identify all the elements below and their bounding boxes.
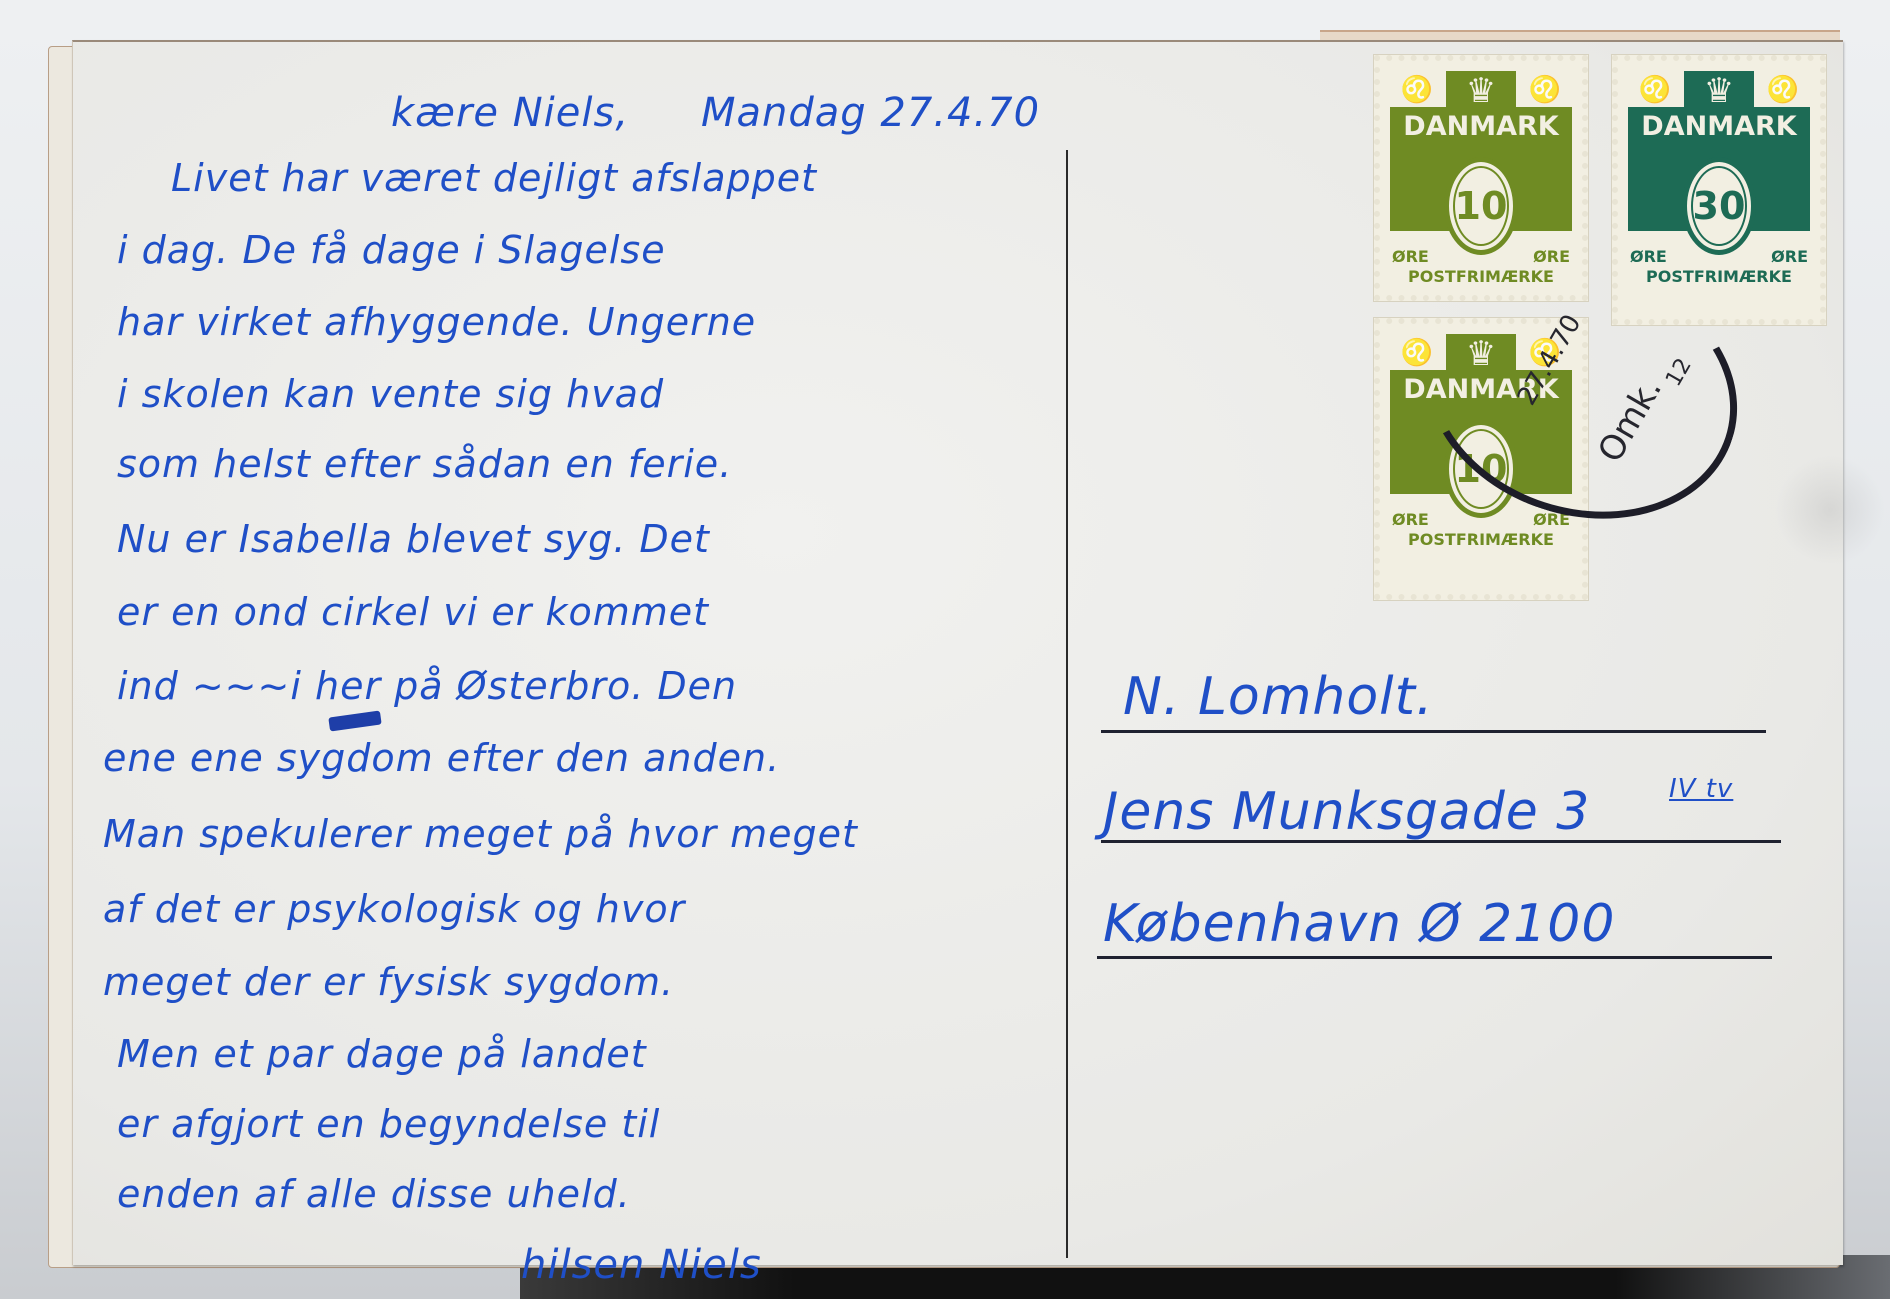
message-line: Men et par dage på landet xyxy=(117,1032,647,1076)
lion-icon: ♌ xyxy=(1392,75,1442,105)
message-address-divider xyxy=(1066,150,1068,1258)
message-line: Livet har været dejligt afslappet xyxy=(171,156,817,200)
message-line: i skolen kan vente sig hvad xyxy=(117,372,664,416)
stamp-country: DANMARK xyxy=(1390,111,1572,142)
crossed-out-word xyxy=(328,710,381,731)
message-line: som helst efter sådan en ferie. xyxy=(117,442,732,486)
stamp-unit: ØRE xyxy=(1630,247,1667,266)
message-line: meget der er fysisk sygdom. xyxy=(103,960,674,1004)
stamp-caption: POSTFRIMÆRKE xyxy=(1628,267,1810,286)
message-line: enden af alle disse uheld. xyxy=(117,1172,631,1216)
lion-icon: ♌ xyxy=(1758,75,1808,105)
greeting: kære Niels, xyxy=(391,90,629,136)
stamp-unit: ØRE xyxy=(1392,247,1429,266)
stamp-caption: POSTFRIMÆRKE xyxy=(1390,530,1572,549)
message-line: i dag. De få dage i Slagelse xyxy=(117,228,666,272)
message-line: Man spekulerer meget på hvor meget xyxy=(103,812,858,856)
address-rule xyxy=(1101,840,1781,843)
message-line: er en ond cirkel vi er kommet xyxy=(117,590,709,634)
address-street: Jens Munksgade 3 xyxy=(1103,782,1590,842)
stamp-value: 30 xyxy=(1693,184,1746,228)
stamp-unit: ØRE xyxy=(1771,247,1808,266)
stamp-unit: ØRE xyxy=(1392,510,1429,529)
crown-icon: ♛ xyxy=(1466,71,1496,111)
lion-icon: ♌ xyxy=(1630,75,1680,105)
smudge xyxy=(1775,455,1885,565)
lion-icon: ♌ xyxy=(1520,75,1570,105)
stamp-value: 10 xyxy=(1455,184,1508,228)
address-name: N. Lomholt. xyxy=(1123,667,1434,727)
message-line: er afgjort en begyndelse til xyxy=(117,1102,660,1146)
message-line: ind ~~~i her på Østerbro. Den xyxy=(117,664,737,708)
stamp-country: DANMARK xyxy=(1628,111,1810,142)
address-rule xyxy=(1097,956,1772,959)
address-rule xyxy=(1101,730,1766,733)
message-line: af det er psykologisk og hvor xyxy=(103,887,685,931)
address-city: København Ø 2100 xyxy=(1103,894,1615,954)
signature: hilsen Niels xyxy=(521,1242,762,1288)
date: Mandag 27.4.70 xyxy=(701,90,1040,136)
message-line: har virket afhyggende. Ungerne xyxy=(117,300,756,344)
message-line: ene ene sygdom efter den anden. xyxy=(103,736,780,780)
message-line: Nu er Isabella blevet syg. Det xyxy=(117,517,710,561)
crown-icon: ♛ xyxy=(1704,71,1734,111)
address-floor: IV tv xyxy=(1669,774,1733,804)
